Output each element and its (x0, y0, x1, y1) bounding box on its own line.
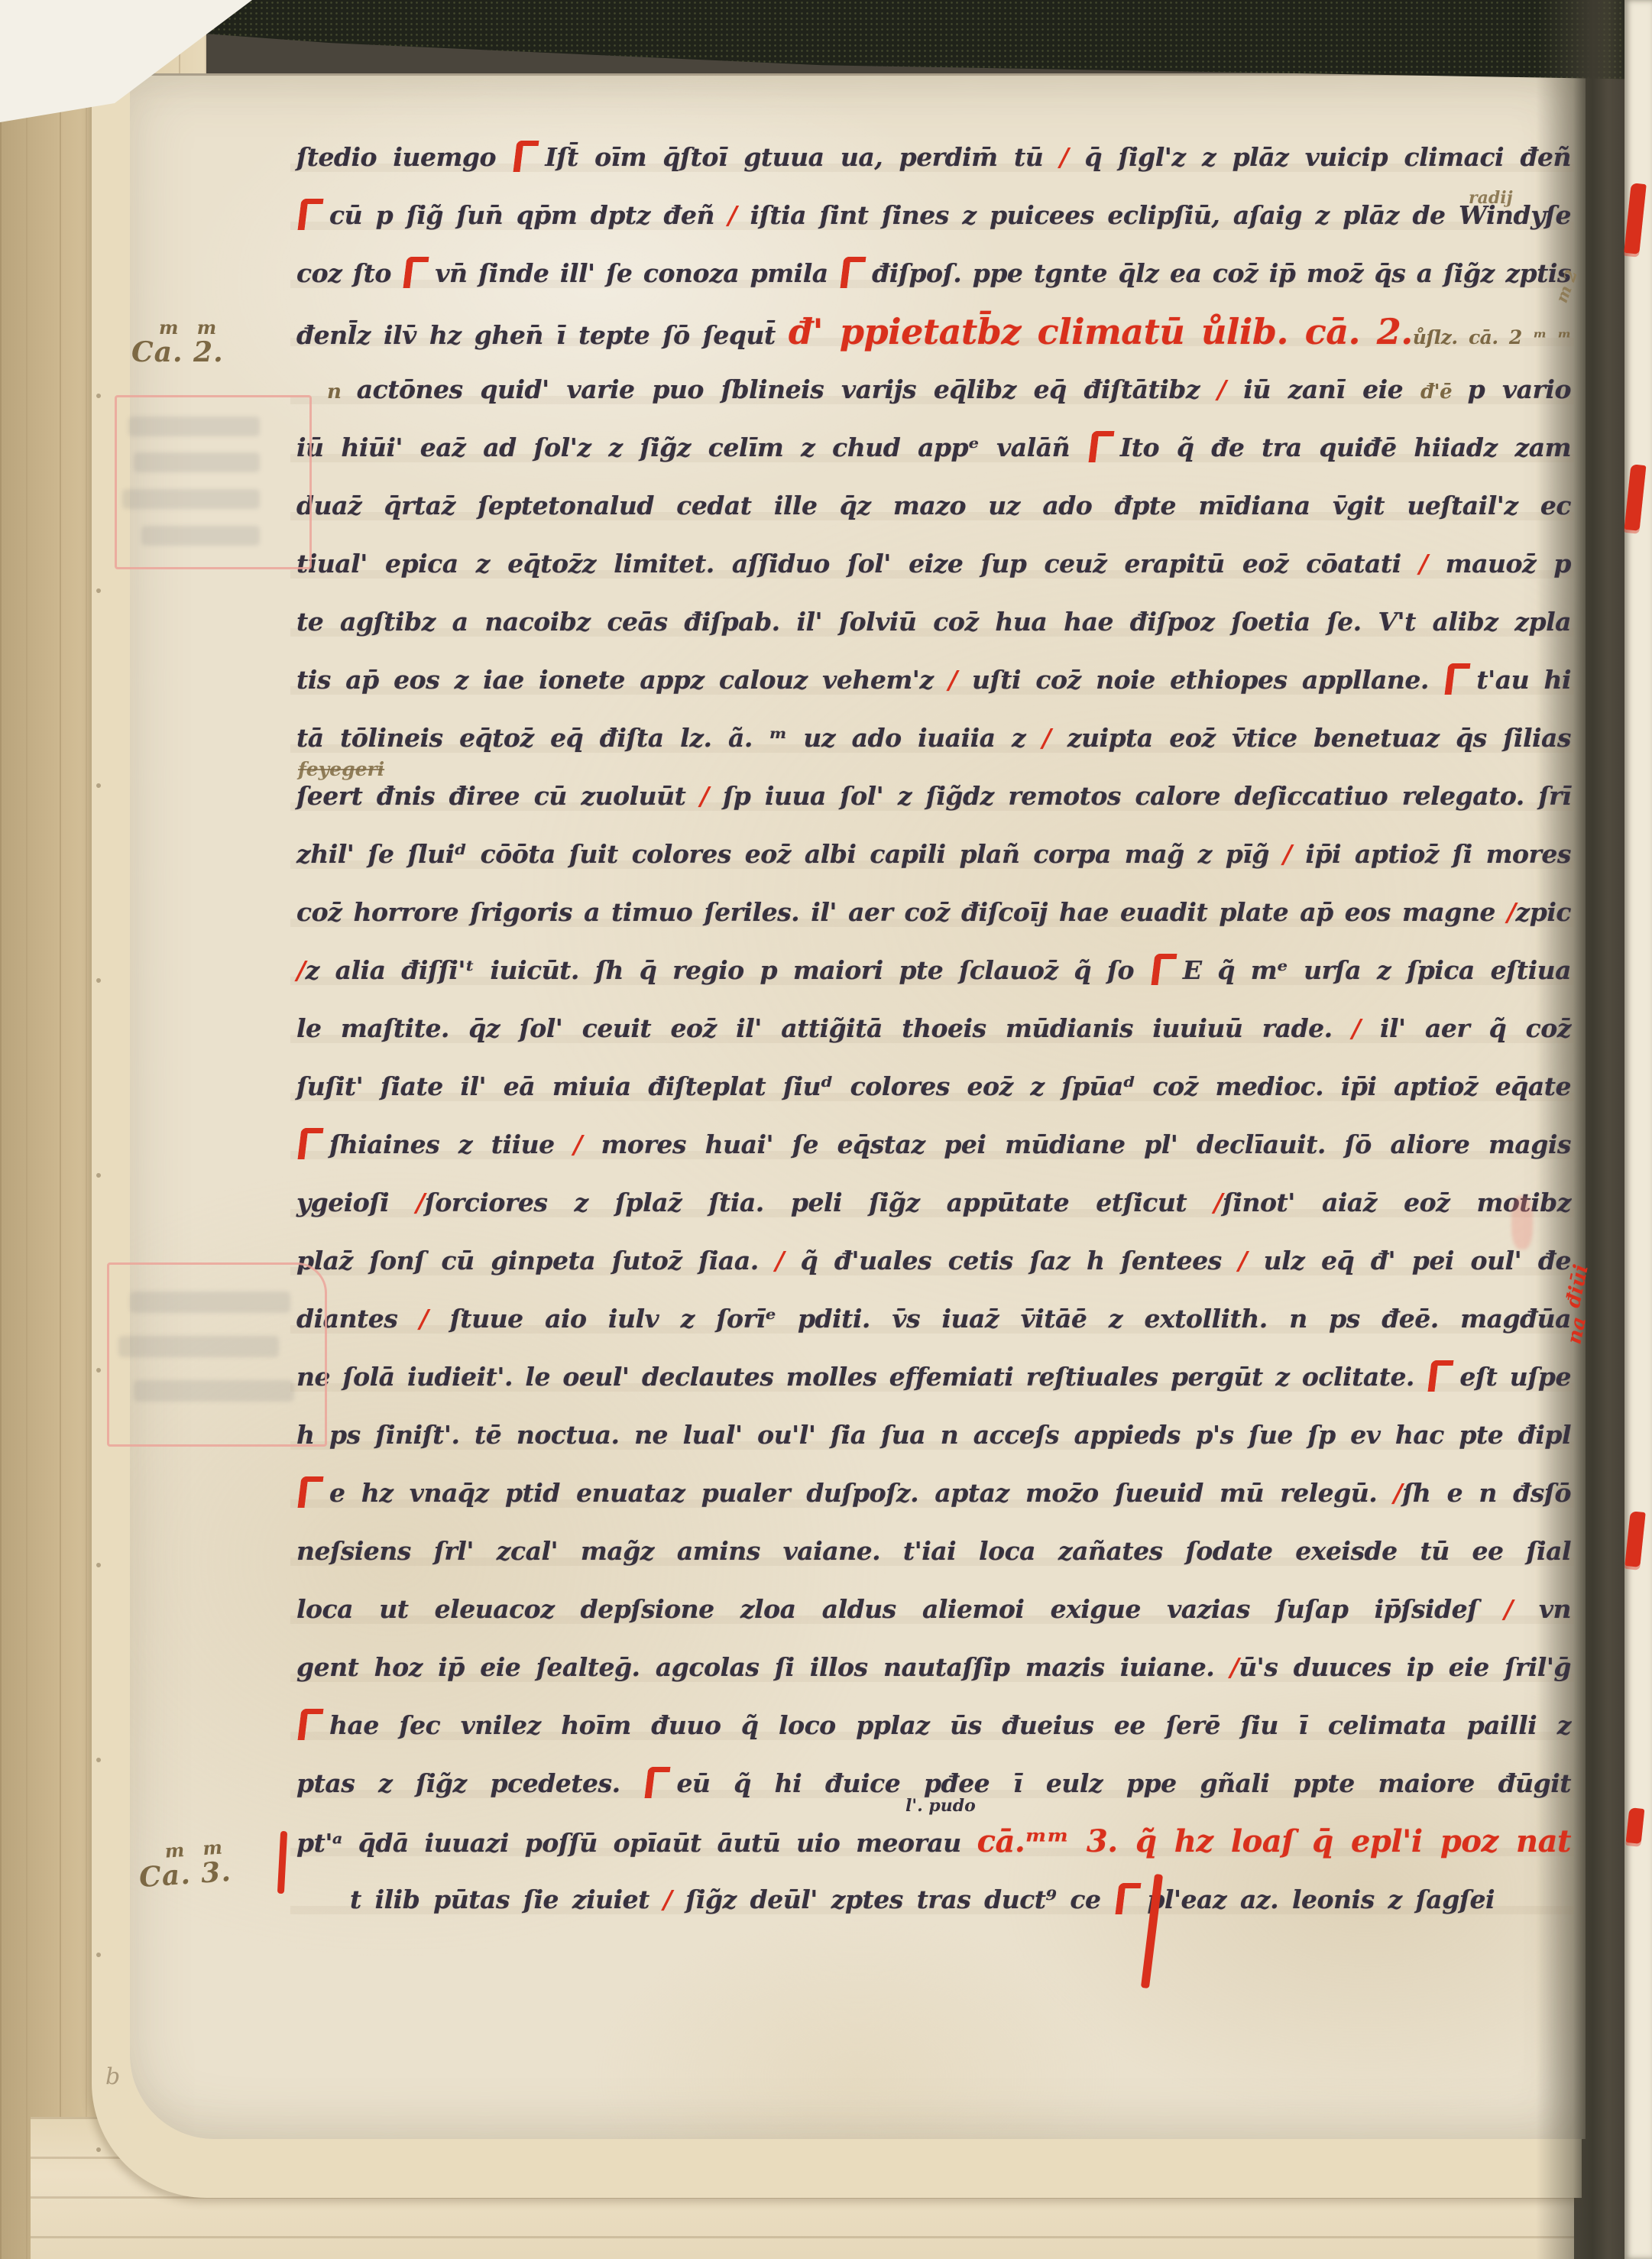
script-text: zuipta eoz̄ v̄tice benetuaz q̄s ſilias (1051, 723, 1571, 753)
text-line: plaz̄ ſonſ cū ginpeta ſutoz̄ ſiaa. ∕ q̃ … (296, 1232, 1571, 1290)
script-text: coz̄ horrore ſrigoris a timuo ſeriles. i… (296, 897, 1507, 927)
red-virgule: ∕ (1238, 1246, 1247, 1275)
text-line: iū hiūi' eaz̄ ad ſol'z z ſig̃z celīm z c… (296, 419, 1571, 477)
script-text: Iſt̄ oīm q̄ſtoī gtuua ua, perdim̄ tū (545, 142, 1059, 172)
script-text: z alia điſſi'ᵗ iuicūt. ſh q̄ regio p mai… (306, 955, 1150, 985)
text-line: ygeioſi ∕ſorciores z ſplaz̄ ſtia. peli ſ… (296, 1174, 1571, 1232)
chapter-3-label: Ca. 3. (138, 1855, 232, 1894)
rubric-text: cā.ᵐᵐ 3. q̃ hz loaſ q̄ epl'i poz nat (977, 1823, 1571, 1859)
red-virgule: ∕ (1042, 723, 1051, 753)
red-virgule: ∕ (700, 781, 709, 811)
script-text: n (327, 381, 357, 404)
prick-mark (96, 1173, 101, 1178)
script-text: ygeioſi (296, 1188, 416, 1217)
text-line: zhil' ſe ſluiᵈ cōōta ſuit colores eoz̄ a… (296, 825, 1571, 883)
text-line: neſsiens ſrl' zcal' mag̃z amins vaiane. … (296, 1522, 1571, 1580)
text-line: loca ut eleuacoz depſsione zloa aldus al… (296, 1580, 1571, 1638)
paraph-mark-icon (1428, 1360, 1454, 1392)
script-text: eū q̃ hi đuice pđee ī eulz ppe gñali ppt… (676, 1768, 1571, 1798)
script-text: p vario (1468, 374, 1571, 404)
red-ink-smear (1511, 1196, 1533, 1249)
red-virgule: ∕ (419, 1304, 429, 1334)
script-text: zpic (1516, 897, 1571, 927)
script-text: điſpoſ. ppe tgnte q̄lz ea coz̄ ip̄ moz̄ … (872, 258, 1571, 288)
red-virgule: ∕ (296, 955, 306, 985)
manuscript-photo: ſtedio iuemgo Iſt̄ oīm q̄ſtoī gtuua ua, … (0, 0, 1652, 2259)
prick-mark (96, 783, 101, 788)
script-text: iū hiūi' eaz̄ ad ſol'z z ſig̃z celīm z c… (296, 433, 1087, 462)
interlinear-gloss-radii: radij (1469, 188, 1513, 208)
paraph-mark-icon (297, 1476, 323, 1508)
chapter-2-label: Ca. 2. (131, 336, 224, 368)
script-text: tiual' epica z eq̄toz̄z limitet. aſſiduo… (296, 549, 1419, 579)
red-virgule: ∕ (1352, 1013, 1361, 1043)
text-line: tis ap̄ eos z iae ionete appz calouz veh… (296, 651, 1571, 709)
red-virgule: ∕ (1394, 1478, 1403, 1508)
text-line: ſtedio iuemgo Iſt̄ oīm q̄ſtoī gtuua ua, … (296, 128, 1571, 186)
prick-mark (96, 394, 101, 398)
script-text: zhil' ſe ſluiᵈ cōōta ſuit colores eoz̄ a… (296, 839, 1283, 869)
script-text: le maſtite. q̄z ſol' ceuit eoz̄ il' atti… (296, 1013, 1352, 1043)
script-text: ſp iuua ſol' z ſig̃dz remotos calore deſ… (709, 781, 1571, 811)
script-text: actōnes quid' varie puo ſblineis varijs … (357, 374, 1217, 404)
script-text: cū p ſig̃ ſun̄ qp̄m dptz đeñ (329, 200, 728, 230)
red-virgule: ∕ (775, 1246, 784, 1275)
script-text: hae ſec vnilez hoīm đuuo q̃ loco pplaz ū… (329, 1710, 1571, 1740)
text-line: diantes ∕ ſtuue aio iulv z ſorīᵉ pditi. … (296, 1290, 1571, 1348)
red-virgule: ∕ (1507, 897, 1516, 927)
interlinear-gloss-pudo: l'. pudo (905, 1796, 976, 1816)
prick-mark (96, 978, 101, 983)
text-line: hae ſec vnilez hoīm đuuo q̃ loco pplaz ū… (296, 1697, 1571, 1755)
red-virgule: ∕ (1504, 1594, 1513, 1624)
prick-mark (96, 1368, 101, 1373)
manuscript-text-block: ſtedio iuemgo Iſt̄ oīm q̄ſtoī gtuua ua, … (296, 128, 1571, 1929)
faded-note-text (134, 1380, 294, 1402)
script-text: eſt uſpe (1459, 1362, 1571, 1392)
paraph-mark-icon (1088, 431, 1114, 462)
text-line: ſeert đnis điree cū zuoluūt ∕ ſp iuua ſo… (296, 767, 1571, 825)
prick-mark (96, 588, 101, 593)
script-text: mores huai' ſe eq̄staz pei mūdiane pl' d… (582, 1129, 1571, 1159)
script-text: tā tōlineis eq̄toz̄ eq̄ điſta lz. ã. ᵐ u… (296, 723, 1042, 753)
text-line: t ilib pūtas ſie ziuiet ∕ ſig̃z deūl' zp… (296, 1871, 1571, 1929)
script-text: h ps ſiniſt'. tē noctua. ne lual' ou'l' … (296, 1420, 1571, 1450)
margin-chapter-3: m m Ca. 3. (138, 1855, 232, 1894)
paraph-mark-icon (297, 199, 323, 230)
script-text: mauoz̄ p (1427, 549, 1571, 579)
rubric-text: đ' ppietatb̄z climatū ůlib. cā. 2. (789, 311, 1413, 352)
script-text: iſtia ſint ſines z puicees eclipſiū, aſa… (737, 200, 1571, 230)
paraph-mark-icon (1116, 1883, 1142, 1914)
script-text: vn (1513, 1594, 1571, 1624)
script-text: t'au hi (1476, 665, 1571, 695)
script-text: uſti coz̄ noie ethiopes appllane. (957, 665, 1444, 695)
text-line: ſhiaines z tiiue ∕ mores huai' ſe eq̄sta… (296, 1116, 1571, 1174)
script-text: E q̃ mᵉ urſa z ſpica eſtiua (1183, 955, 1571, 985)
script-text: ū's duuces ip eie ſril'ḡ (1239, 1652, 1571, 1682)
script-text: te agſtibz a nacoibz ceās điſpab. il' ſo… (296, 607, 1571, 637)
paraph-mark-icon (513, 141, 539, 172)
red-virgule: ∕ (573, 1129, 582, 1159)
script-text: duaz̄ q̄rtaz̄ ſeptetonalud cedat ille q̄… (296, 491, 1571, 520)
paraph-mark-icon (841, 257, 866, 288)
text-line: tā tōlineis eq̄toz̄ eq̄ điſta lz. ã. ᵐ u… (296, 709, 1571, 767)
script-text: q̃ đ'uales cetis ſaz h ſentees (784, 1246, 1238, 1275)
script-text: ulz eq̄ đ' pei oul' đe (1247, 1246, 1571, 1275)
script-text: loca ut eleuacoz depſsione zloa aldus al… (296, 1594, 1504, 1624)
red-virgule: ∕ (1283, 839, 1292, 869)
script-text: ſig̃z deūl' zptes tras duct⁹ ce (672, 1885, 1114, 1914)
text-line: te agſtibz a nacoibz ceās điſpab. il' ſo… (296, 593, 1571, 651)
script-text: ſuſit' ſiate il' eā miuia điſteplat ſiuᵈ… (296, 1071, 1571, 1101)
script-text: tis ap̄ eos z iae ionete appz calouz veh… (296, 665, 948, 695)
script-text: ſhiaines z tiiue (329, 1129, 573, 1159)
script-text: plaz̄ ſonſ cū ginpeta ſutoz̄ ſiaa. (296, 1246, 775, 1275)
text-line: duaz̄ q̄rtaz̄ ſeptetonalud cedat ille q̄… (296, 477, 1571, 535)
script-text: pl'eaz az. leonis z ſagſei (1147, 1885, 1495, 1914)
rubric-text: ůſlz. cā. 2 ᵐ ᵐ (1413, 326, 1571, 348)
faded-note-text (122, 489, 260, 509)
red-virgule: ∕ (1230, 1652, 1239, 1682)
script-text: neſsiens ſrl' zcal' mag̃z amins vaiane. … (296, 1536, 1571, 1566)
interlinear-gloss-fereteri: feyegeri (298, 758, 384, 780)
script-text: gent hoz ip̄ eie ſealteḡ. agcolas ſi ill… (296, 1652, 1230, 1682)
script-text: vn̄ ſinde ill' ſe conoza pmila (435, 258, 839, 288)
red-virgule: ∕ (663, 1885, 672, 1914)
script-text: ſtuue aio iulv z ſorīᵉ pditi. v̄s iuaz̄ … (428, 1304, 1571, 1334)
script-text: Ito q̃ đe tra quiđē hiiadz zam (1120, 433, 1571, 462)
faded-note-text (128, 416, 260, 436)
paraph-mark-icon (297, 1709, 323, 1740)
script-text: pt'ᵃ q̄dā iuuazi poſſū opīaūt āutū uio m… (296, 1828, 977, 1858)
script-text: ptas z ſig̃z pcedetes. (296, 1768, 643, 1798)
script-text: ſeert đnis điree cū zuoluūt (296, 781, 700, 811)
red-virgule: ∕ (1217, 374, 1226, 404)
binding-top-edge (115, 0, 1652, 79)
text-line: cū p ſig̃ ſun̄ qp̄m dptz đeñ ∕ iſtia ſin… (296, 186, 1571, 245)
red-virgule: ∕ (728, 200, 737, 230)
text-line: đenl̄z ilv̄ hz ghen̄ ī tepte ſō ſequt̄ đ… (296, 303, 1571, 361)
script-text: đenl̄z ilv̄ hz ghen̄ ī tepte ſō ſequt̄ (296, 320, 789, 350)
text-line: ∕z alia điſſi'ᵗ iuicūt. ſh q̄ regio p ma… (296, 942, 1571, 1000)
paraph-mark-icon (297, 1128, 323, 1159)
text-line: coz̄ horrore ſrigoris a timuo ſeriles. i… (296, 883, 1571, 942)
text-line: le maſtite. q̄z ſol' ceuit eoz̄ il' atti… (296, 1000, 1571, 1058)
red-virgule: ∕ (1213, 1188, 1223, 1217)
margin-chapter-2: m m Ca. 2. (131, 336, 224, 368)
faded-note-text (130, 1292, 290, 1313)
script-text: il' aer q̃ coz̄ (1361, 1013, 1571, 1043)
red-virgule: ∕ (1419, 549, 1428, 579)
paraph-mark-icon (403, 257, 429, 288)
script-text: iū zanī eie (1226, 374, 1420, 404)
paraph-mark-icon (1151, 954, 1177, 985)
red-virgule: ∕ (1060, 142, 1069, 172)
paraph-mark-icon (1445, 663, 1471, 695)
red-virgule: ∕ (416, 1188, 425, 1217)
text-line: ſuſit' ſiate il' eā miuia điſteplat ſiuᵈ… (296, 1058, 1571, 1116)
faded-note-text (134, 452, 260, 472)
text-line: e hz vnaq̄z ptid enuataz pualer duſpoſz.… (296, 1464, 1571, 1522)
script-text: đ'ē (1420, 381, 1468, 404)
script-text: ip̄i aptioz̄ ſi mores (1291, 839, 1571, 869)
folio-pen-mark: b (105, 2063, 120, 2090)
script-text: coz ſto (296, 258, 402, 288)
text-line: coz ſto vn̄ ſinde ill' ſe conoza pmila đ… (296, 245, 1571, 303)
script-text: ne ſolā iudieit'. le oeul' declautes mol… (296, 1362, 1427, 1392)
script-text: e hz vnaq̄z ptid enuataz pualer duſpoſz.… (329, 1478, 1394, 1508)
text-line: ne ſolā iudieit'. le oeul' declautes mol… (296, 1348, 1571, 1406)
text-line: gent hoz ip̄ eie ſealteḡ. agcolas ſi ill… (296, 1638, 1571, 1697)
chapter-2-superscript: m m (159, 316, 222, 339)
chapter-3-superscript: m m (164, 1836, 229, 1862)
script-text: ſtedio iuemgo (296, 142, 512, 172)
paraph-mark-icon (645, 1767, 671, 1798)
script-text: t ilib pūtas ſie ziuiet (350, 1885, 663, 1914)
faded-note-text (118, 1336, 279, 1357)
text-line: n actōnes quid' varie puo ſblineis varij… (296, 361, 1571, 419)
script-text: q̄ ſigl'z z plāz vuicip climaci đeñ (1068, 142, 1571, 172)
prick-mark (96, 1758, 101, 1762)
prick-mark (96, 1953, 101, 1957)
text-line: tiual' epica z eq̄toz̄z limitet. aſſiduo… (296, 535, 1571, 593)
text-line: h ps ſiniſt'. tē noctua. ne lual' ou'l' … (296, 1406, 1571, 1464)
prick-mark (96, 2147, 101, 2152)
script-text: ſorciores z ſplaz̄ ſtia. peli ſig̃z appū… (425, 1188, 1214, 1217)
prick-mark (96, 1563, 101, 1567)
red-virgule: ∕ (948, 665, 957, 695)
faded-note-text (141, 526, 260, 546)
text-line: pt'ᵃ q̄dā iuuazi poſſū opīaūt āutū uio m… (296, 1813, 1571, 1871)
script-text: ſh e n đsſō (1402, 1478, 1571, 1508)
facing-page-sliver (1624, 0, 1652, 2259)
